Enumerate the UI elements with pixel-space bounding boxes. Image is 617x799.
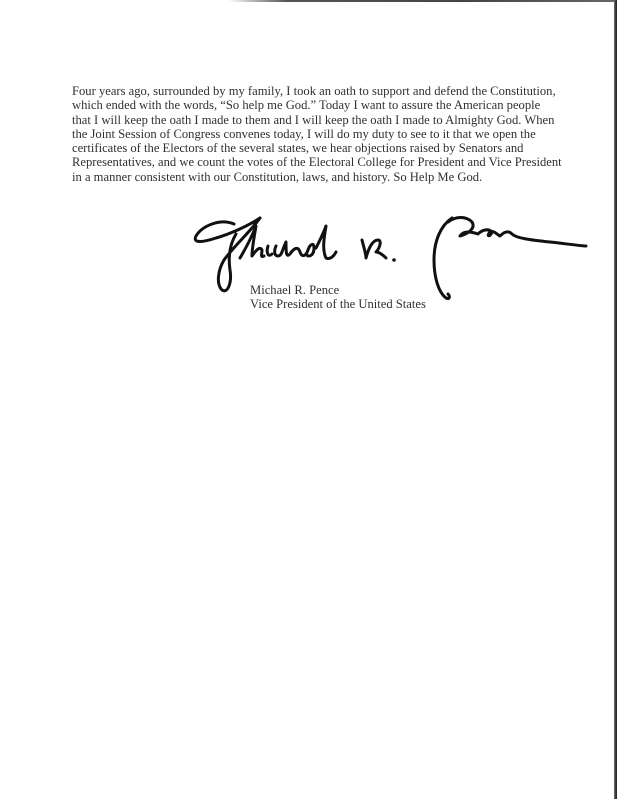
letter-body: Four years ago, surrounded by my family,… xyxy=(72,84,592,184)
body-line: in a manner consistent with our Constitu… xyxy=(72,170,592,184)
signature-block: Michael R. Pence Vice President of the U… xyxy=(250,283,426,312)
signer-name: Michael R. Pence xyxy=(250,283,426,297)
body-line: that I will keep the oath I made to them… xyxy=(72,113,592,127)
body-line: certificates of the Electors of the seve… xyxy=(72,141,592,155)
body-line: which ended with the words, “So help me … xyxy=(72,98,592,112)
scan-edge-top xyxy=(228,0,617,2)
signer-title: Vice President of the United States xyxy=(250,297,426,311)
body-line: Representatives, and we count the votes … xyxy=(72,155,592,169)
body-line: Four years ago, surrounded by my family,… xyxy=(72,84,592,98)
letter-page: Four years ago, surrounded by my family,… xyxy=(0,0,617,799)
body-line: the Joint Session of Congress convenes t… xyxy=(72,127,592,141)
